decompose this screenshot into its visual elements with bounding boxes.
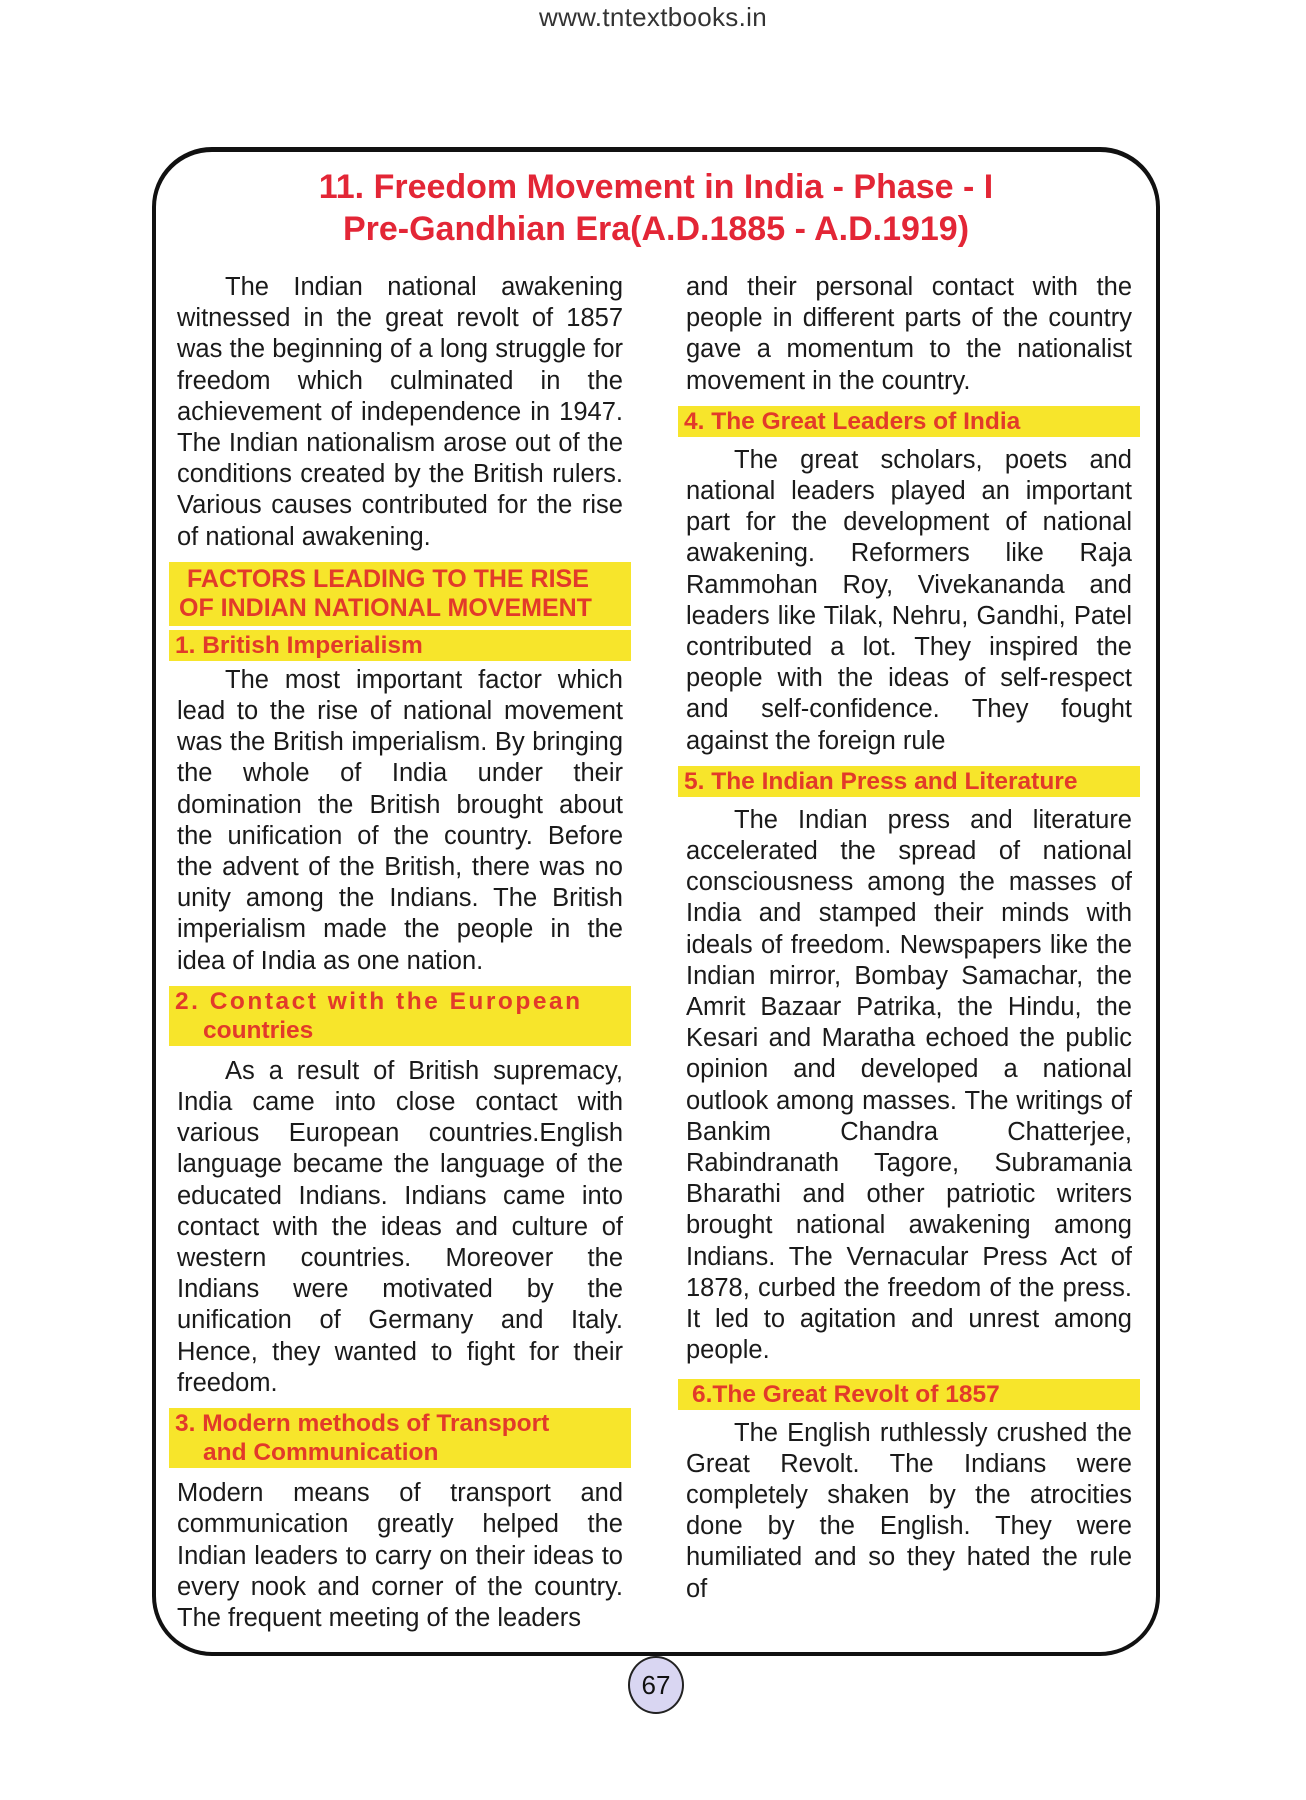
right-column: and their personal contact with the peop…	[686, 272, 1132, 1614]
european-heading-line2: countries	[175, 1016, 625, 1045]
british-imperialism-paragraph: The most important factor which lead to …	[177, 665, 623, 977]
press-literature-paragraph: The Indian press and literature accelera…	[686, 805, 1132, 1367]
factors-heading: FACTORS LEADING TO THE RISE OF INDIAN NA…	[169, 562, 631, 626]
factors-heading-line2: OF INDIAN NATIONAL MOVEMENT	[179, 594, 621, 623]
section-heading-european-contact: 2. Contact with the European countries	[169, 986, 631, 1046]
transport-continued-paragraph: and their personal contact with the peop…	[686, 272, 1132, 397]
great-revolt-paragraph: The English ruthlessly crushed the Great…	[686, 1418, 1132, 1605]
section-heading-press-literature: 5. The Indian Press and Literature	[678, 766, 1140, 797]
european-heading-line1: 2. Contact with the European	[175, 988, 583, 1015]
european-contact-paragraph: As a result of British supremacy, India …	[177, 1056, 623, 1399]
intro-paragraph: The Indian national awakening witnessed …	[177, 272, 623, 553]
transport-paragraph: Modern means of transport and communicat…	[177, 1478, 623, 1634]
factors-heading-line1: FACTORS LEADING TO THE RISE	[179, 565, 621, 594]
chapter-title-line2: Pre-Gandhian Era(A.D.1885 - A.D.1919)	[152, 208, 1160, 250]
site-url: www.tntextbooks.in	[0, 2, 1306, 33]
transport-heading-line1: 3. Modern methods of Transport	[175, 1410, 549, 1437]
great-leaders-paragraph: The great scholars, poets and national l…	[686, 445, 1132, 757]
section-heading-transport: 3. Modern methods of Transport and Commu…	[169, 1408, 631, 1468]
left-column: The Indian national awakening witnessed …	[177, 272, 623, 1643]
section-heading-great-revolt: 6.The Great Revolt of 1857	[678, 1379, 1140, 1410]
chapter-title-line1: 11. Freedom Movement in India - Phase - …	[152, 166, 1160, 208]
page-number-badge: 67	[628, 1656, 684, 1714]
section-heading-great-leaders: 4. The Great Leaders of India	[678, 406, 1140, 437]
section-heading-british-imperialism: 1. British Imperialism	[169, 630, 631, 661]
chapter-title: 11. Freedom Movement in India - Phase - …	[152, 166, 1160, 250]
transport-heading-line2: and Communication	[175, 1438, 625, 1467]
